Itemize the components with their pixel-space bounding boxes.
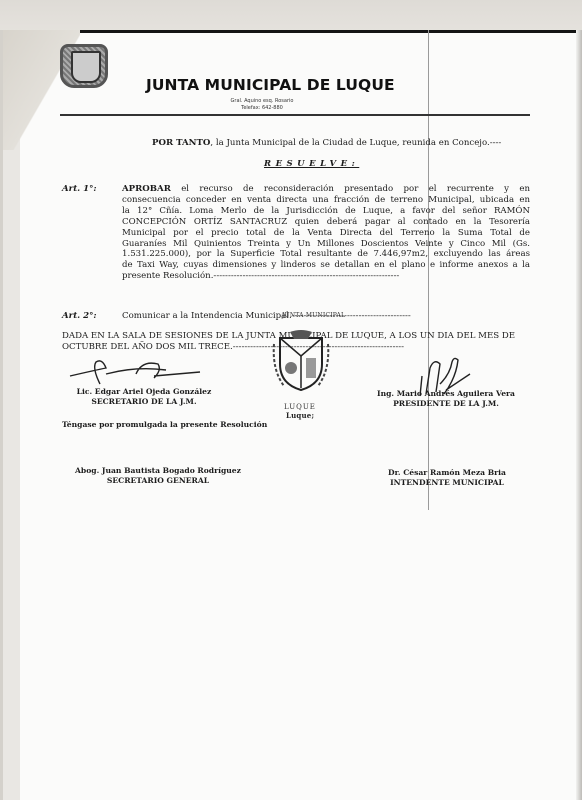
signatory-secretario-general: Abog. Juan Bautista Bogado Rodríguez SEC… <box>62 466 254 486</box>
article-1-body: APROBAR el recurso de reconsideración pr… <box>122 184 530 282</box>
municipal-coat-of-arms-icon <box>60 44 108 88</box>
intro-paragraph: POR TANTO, la Junta Municipal de la Ciud… <box>152 138 501 149</box>
address-line: Gral. Aquino esq. Rosario <box>212 98 312 105</box>
intro-text: , la Junta Municipal de la Ciudad de Luq… <box>210 138 501 148</box>
place-text: Luque; <box>286 411 314 420</box>
seal-bottom-text: LUQUE <box>284 403 316 411</box>
article-1-label: Art. 1°: <box>62 184 97 194</box>
telefax-line: Telefax: 642-880 <box>212 105 312 112</box>
header-divider <box>60 114 530 116</box>
letterhead-title: JUNTA MUNICIPAL DE LUQUE <box>146 76 395 94</box>
intro-lead: POR TANTO <box>152 138 210 148</box>
signatory-presidente-jm: Ing. Mario Andrés Aguilera Vera PRESIDEN… <box>364 389 528 409</box>
seal-top-text: JUNTA MUNICIPAL <box>282 312 345 319</box>
article-line: la 12° Cñía. Loma Merlo de la Jurisdicci… <box>122 206 530 217</box>
article-line: Municipal por el precio total de la Vent… <box>122 228 530 239</box>
promulgation-text: Téngase por promulgada la presente Resol… <box>62 420 267 431</box>
letterhead-address: Gral. Aquino esq. Rosario Telefax: 642-8… <box>212 98 312 112</box>
municipal-seal-icon <box>272 330 330 394</box>
article-line: de Taxi Way, cuyas dimensiones y lindero… <box>122 260 530 271</box>
signatory-secretario-jm: Lic. Edgar Ariel Ojeda González SECRETAR… <box>70 387 218 407</box>
article-line: APROBAR el recurso de reconsideración pr… <box>122 184 530 195</box>
article-line: presente Resolución.--------------------… <box>122 271 530 282</box>
article-2-body: Comunicar a la Intendencia Municipal.---… <box>122 311 411 322</box>
article-line: consecuencia conceder en venta directa u… <box>122 195 530 206</box>
article-line: Guaraníes Mil Quinientos Treinta y Un Mi… <box>122 239 530 250</box>
resuelve-heading: RESUELVE: <box>264 159 359 169</box>
article-line: 1.531.225.000), por la Superficie Total … <box>122 249 530 260</box>
signature-secretario-jm <box>66 356 206 386</box>
signatory-intendente: Dr. César Ramón Meza Bria INTENDENTE MUN… <box>372 468 522 488</box>
article-2-label: Art. 2°: <box>62 311 97 321</box>
page-shadow <box>576 30 582 800</box>
page-edge <box>0 30 3 800</box>
article-line: CONCEPCIÓN ORTÍZ SANTACRUZ quien deberá … <box>122 217 530 228</box>
